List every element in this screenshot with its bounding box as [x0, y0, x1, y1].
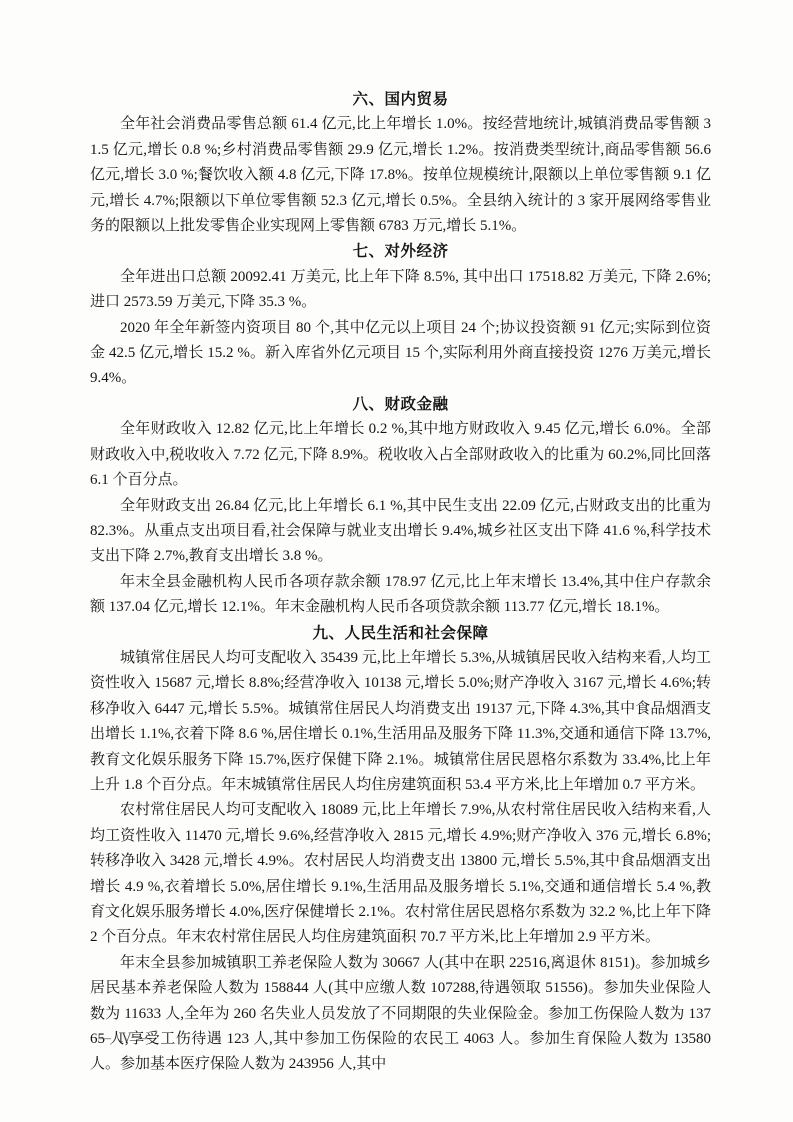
page-number: — Ⅳ — [98, 1029, 154, 1047]
document-page: 六、国内贸易 全年社会消费品零售总额 61.4 亿元,比上年增长 1.0%。按经… [0, 0, 793, 1122]
paragraph: 全年进出口总额 20092.41 万美元, 比上年下降 8.5%, 其中出口 1… [90, 265, 711, 316]
section-heading-finance: 八、财政金融 [90, 392, 711, 417]
paragraph: 全年财政收入 12.82 亿元,比上年增长 0.2 %,其中地方财政收入 9.4… [90, 417, 711, 493]
paragraph: 城镇常住居民人均可支配收入 35439 元,比上年增长 5.3%,从城镇居民收入… [90, 646, 711, 798]
section-heading-domestic-trade: 六、国内贸易 [90, 87, 711, 112]
section-livelihood-social-security: 九、人民生活和社会保障 城镇常住居民人均可支配收入 35439 元,比上年增长 … [90, 621, 711, 1078]
section-heading-foreign-economy: 七、对外经济 [90, 239, 711, 264]
paragraph: 全年社会消费品零售总额 61.4 亿元,比上年增长 1.0%。按经营地统计,城镇… [90, 112, 711, 239]
paragraph: 年末全县参加城镇职工养老保险人数为 30667 人(其中在职 22516,离退休… [90, 951, 711, 1078]
paragraph: 年末全县金融机构人民币各项存款余额 178.97 亿元,比上年末增长 13.4%… [90, 570, 711, 621]
section-heading-livelihood-social-security: 九、人民生活和社会保障 [90, 621, 711, 646]
section-domestic-trade: 六、国内贸易 全年社会消费品零售总额 61.4 亿元,比上年增长 1.0%。按经… [90, 87, 711, 239]
section-finance: 八、财政金融 全年财政收入 12.82 亿元,比上年增长 0.2 %,其中地方财… [90, 392, 711, 621]
paragraph: 全年财政支出 26.84 亿元,比上年增长 6.1 %,其中民生支出 22.09… [90, 494, 711, 570]
paragraph: 2020 年全年新签内资项目 80 个,其中亿元以上项目 24 个;协议投资额 … [90, 316, 711, 392]
document-body: 六、国内贸易 全年社会消费品零售总额 61.4 亿元,比上年增长 1.0%。按经… [90, 87, 711, 1078]
section-foreign-economy: 七、对外经济 全年进出口总额 20092.41 万美元, 比上年下降 8.5%,… [90, 239, 711, 391]
paragraph: 农村常住居民人均可支配收入 18089 元,比上年增长 7.9%,从农村常住居民… [90, 798, 711, 950]
